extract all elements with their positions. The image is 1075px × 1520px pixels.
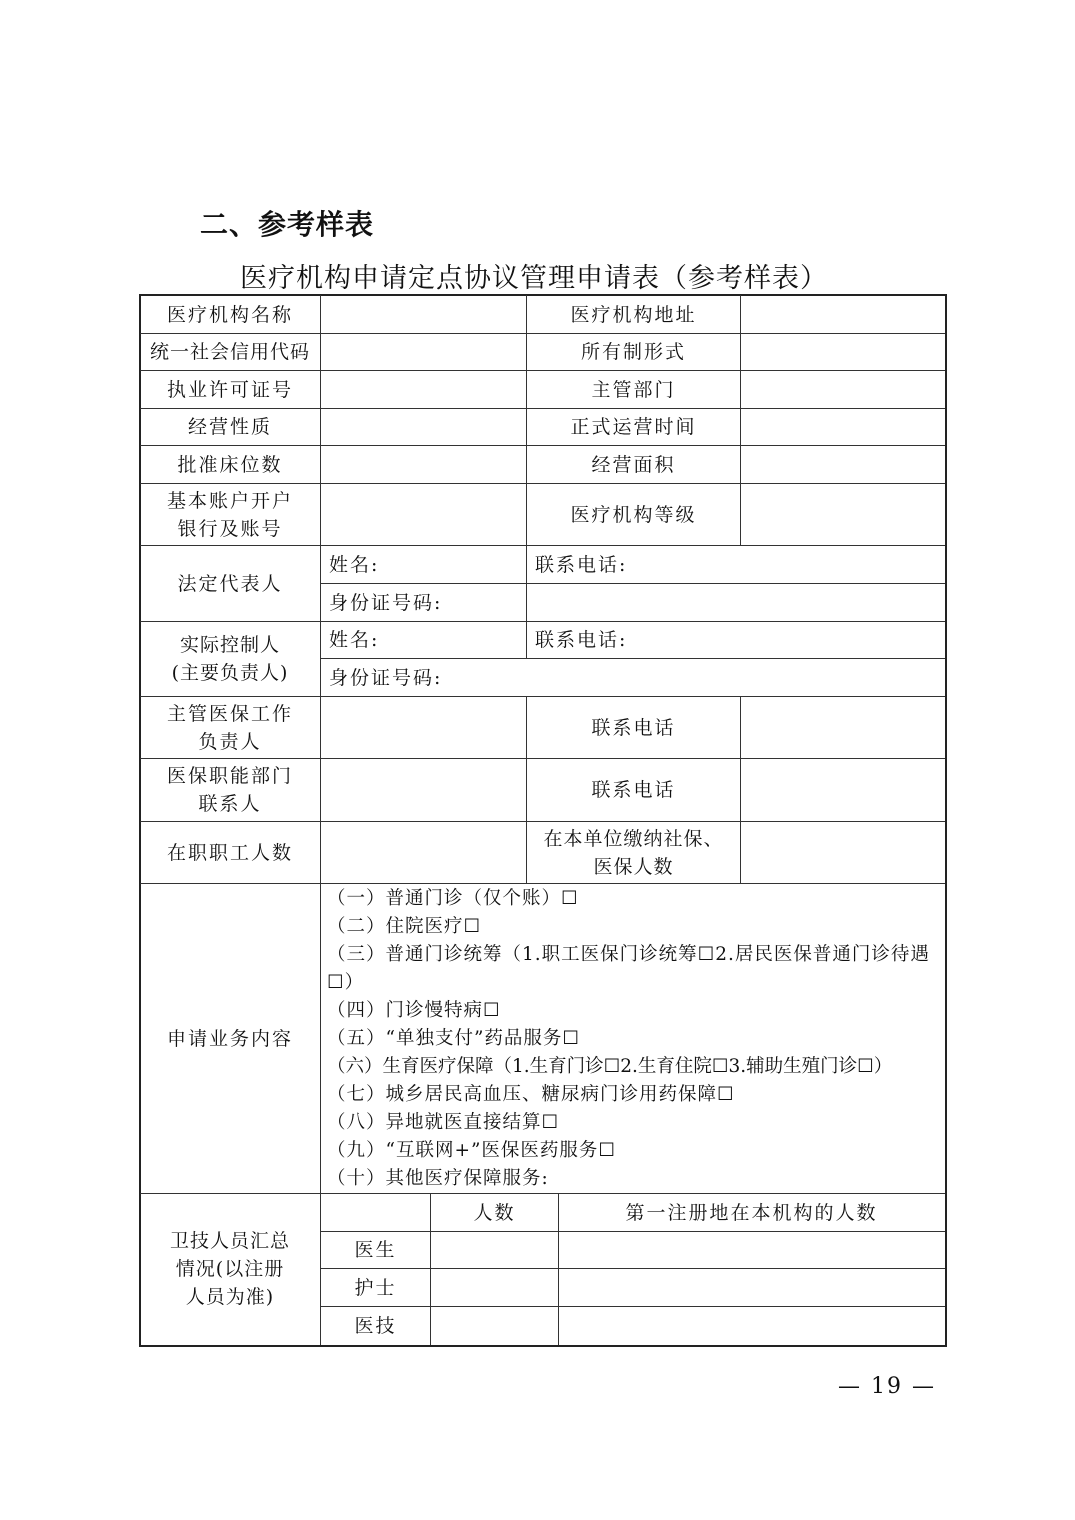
field-insurance-dept-contact[interactable] (321, 759, 526, 821)
field-ownership[interactable] (741, 334, 944, 370)
field-insured-count[interactable] (741, 822, 944, 883)
label-insurance-manager: 主管医保工作 负责人 (140, 697, 320, 758)
row-label-doctor: 医生 (321, 1232, 430, 1268)
section-title: 二、参考样表 (200, 203, 374, 243)
field-controller-id[interactable]: 身份证号码: (321, 659, 944, 696)
page-number: — 19 — (838, 1374, 936, 1399)
label-staff-count: 在职职工人数 (140, 822, 320, 883)
field-controller-phone[interactable]: 联系电话: (527, 622, 944, 658)
form-title: 医疗机构申请定点协议管理申请表（参考样表） (240, 256, 828, 295)
label-business-content: 申请业务内容 (140, 884, 320, 1193)
business-option[interactable]: （八）异地就医直接结算☐ (327, 1109, 945, 1137)
field-bank-account[interactable] (321, 484, 526, 545)
business-option[interactable]: （一）普通门诊（仅个账）☐ (327, 885, 945, 913)
field-credit-code[interactable] (321, 334, 526, 370)
label-line: 医保职能部门 (167, 762, 293, 790)
business-options-list: （一）普通门诊（仅个账）☐ （二）住院医疗☐ （三）普通门诊统筹（1.职工医保门… (327, 885, 945, 1193)
field-manager-phone[interactable] (741, 697, 944, 758)
label-legal-rep: 法定代表人 (140, 546, 320, 621)
label-line: 卫技人员汇总 (170, 1227, 290, 1255)
field-operation-start[interactable] (741, 409, 944, 445)
label-actual-controller: 实际控制人 (主要负责人) (140, 622, 320, 696)
label-business-nature: 经营性质 (140, 409, 320, 445)
label-line: 基本账户开户 (167, 487, 293, 515)
label-insured-count: 在本单位缴纳社保、 医保人数 (527, 822, 740, 883)
field-staff-count[interactable] (321, 822, 526, 883)
field-approved-beds[interactable] (321, 446, 526, 483)
field-institution-level[interactable] (741, 484, 944, 545)
business-option[interactable]: （十）其他医疗保障服务: (327, 1165, 945, 1193)
business-option[interactable]: （四）门诊慢特病☐ (327, 997, 945, 1025)
label-line: 情况(以注册 (176, 1255, 284, 1283)
business-option[interactable]: （七）城乡居民高血压、糖尿病门诊用药保障☐ (327, 1081, 945, 1109)
label-line: 联系人 (198, 790, 261, 818)
field-doctor-first-registered[interactable] (559, 1232, 944, 1268)
label-institution-address: 医疗机构地址 (527, 296, 740, 333)
field-doctor-count[interactable] (431, 1232, 558, 1268)
label-line: 银行及账号 (177, 515, 282, 543)
field-insurance-manager[interactable] (321, 697, 526, 758)
field-technician-count[interactable] (431, 1307, 558, 1344)
column-header-blank (321, 1194, 430, 1231)
label-dept-contact-phone: 联系电话 (527, 759, 740, 821)
label-line: (主要负责人) (172, 659, 289, 687)
field-business-nature[interactable] (321, 409, 526, 445)
label-line: 实际控制人 (180, 631, 280, 659)
business-option[interactable]: （五）“单独支付”药品服务☐ (327, 1025, 945, 1053)
label-supervising-dept: 主管部门 (527, 371, 740, 408)
field-dept-contact-phone[interactable] (741, 759, 944, 821)
business-option[interactable]: （三）普通门诊统筹（1.职工医保门诊统筹☐2.居民医保普通门诊待遇☐） (327, 941, 945, 997)
label-line: 人员为准) (186, 1283, 274, 1311)
field-legal-rep-phone[interactable]: 联系电话: (527, 546, 944, 583)
label-institution-name: 医疗机构名称 (140, 296, 320, 333)
field-controller-name[interactable]: 姓名: (321, 622, 526, 658)
field-business-area[interactable] (741, 446, 944, 483)
field-institution-name[interactable] (321, 296, 526, 333)
label-ownership: 所有制形式 (527, 334, 740, 370)
label-line: 负责人 (198, 728, 261, 756)
label-manager-phone: 联系电话 (527, 697, 740, 758)
field-legal-rep-name[interactable]: 姓名: (321, 546, 526, 583)
label-institution-level: 医疗机构等级 (527, 484, 740, 545)
label-line: 在本单位缴纳社保、 (543, 825, 723, 853)
field-license-number[interactable] (321, 371, 526, 408)
label-credit-code: 统一社会信用代码 (140, 334, 320, 370)
label-operation-start: 正式运营时间 (527, 409, 740, 445)
field-nurse-first-registered[interactable] (559, 1269, 944, 1306)
label-bank-account: 基本账户开户 银行及账号 (140, 484, 320, 545)
business-option[interactable]: （九）“互联网+”医保医药服务☐ (327, 1137, 945, 1165)
field-legal-rep-id[interactable]: 身份证号码: (321, 584, 944, 621)
field-supervising-dept[interactable] (741, 371, 944, 408)
label-health-staff-summary: 卫技人员汇总 情况(以注册 人员为准) (140, 1194, 320, 1344)
business-option[interactable]: （二）住院医疗☐ (327, 913, 945, 941)
column-header-count: 人数 (431, 1194, 558, 1231)
column-header-first-registered: 第一注册地在本机构的人数 (559, 1194, 944, 1231)
field-technician-first-registered[interactable] (559, 1307, 944, 1344)
label-license-number: 执业许可证号 (140, 371, 320, 408)
row-label-nurse: 护士 (321, 1269, 430, 1306)
field-nurse-count[interactable] (431, 1269, 558, 1306)
row-label-technician: 医技 (321, 1307, 430, 1344)
label-line: 医保人数 (593, 853, 673, 881)
label-business-area: 经营面积 (527, 446, 740, 483)
business-option[interactable]: （六）生育医疗保障（1.生育门诊☐2.生育住院☐3.辅助生殖门诊☐） (327, 1053, 945, 1081)
field-institution-address[interactable] (741, 296, 944, 333)
label-approved-beds: 批准床位数 (140, 446, 320, 483)
label-line: 主管医保工作 (167, 700, 293, 728)
label-insurance-dept-contact: 医保职能部门 联系人 (140, 759, 320, 821)
